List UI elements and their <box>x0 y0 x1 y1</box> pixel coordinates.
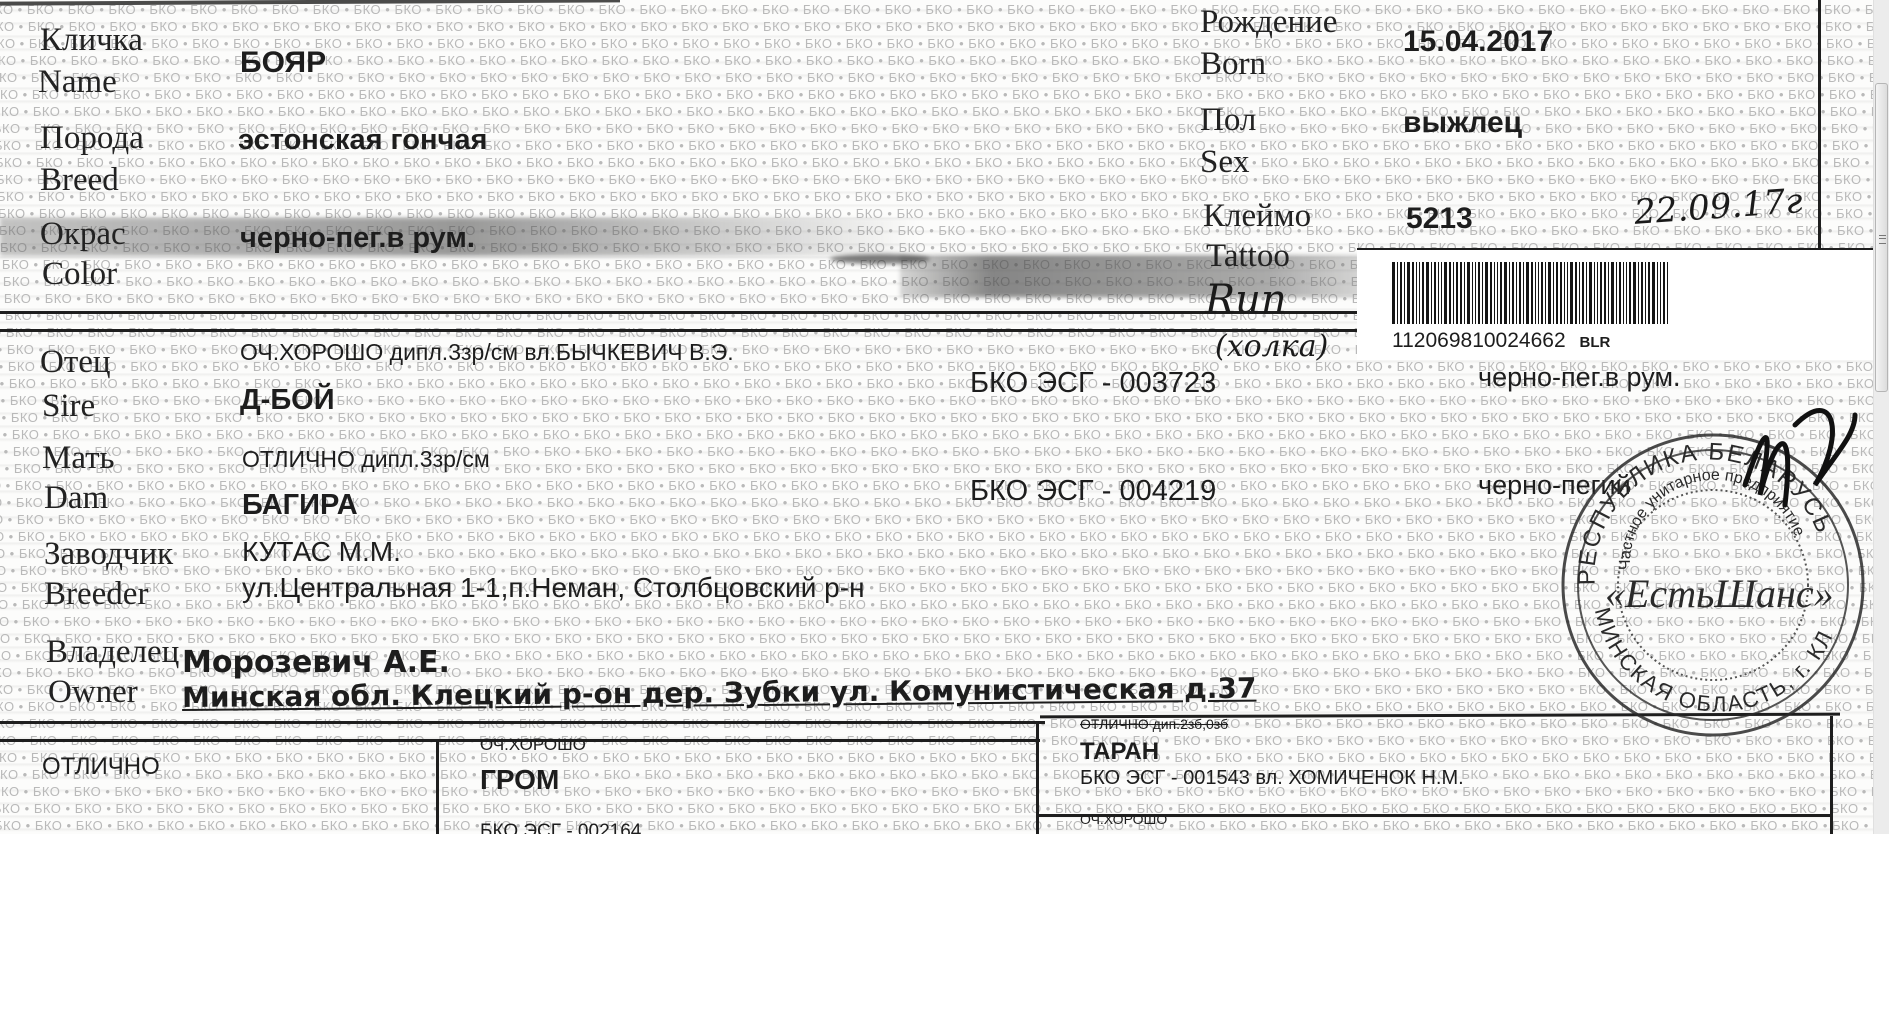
border-line <box>1818 0 1821 252</box>
barcode-digits: 112069810024662 <box>1392 329 1566 352</box>
dog-name: БОЯР <box>240 48 326 78</box>
label-name-en: Name <box>38 66 117 99</box>
handwritten-signature: Run <box>1205 280 1287 320</box>
label-tattoo-ru: Клеймо <box>1203 200 1311 233</box>
ggg-grade: ОТЛИЧНО дип.2зб,0зб <box>1080 717 1228 731</box>
label-sire-ru: Отец <box>40 346 111 379</box>
ggg-registration: БКО ЭСГ - 001543 вл. ХОМИЧЕНОК Н.М. <box>1080 768 1464 788</box>
label-breed-en: Breed <box>40 164 119 197</box>
document-top-edge <box>0 0 620 6</box>
gg-name: ГРОМ <box>480 766 559 794</box>
label-breed-ru: Порода <box>40 122 144 155</box>
section-divider <box>0 329 1360 332</box>
sire-color: черно-пег.в рум. <box>1478 364 1681 391</box>
breeder-name: КУТАС М.М. <box>242 538 401 566</box>
section-divider <box>0 311 1360 314</box>
color-value: черно-пег.в рум. <box>240 224 475 253</box>
gg-grade: ОЧ.ХОРОШО <box>480 736 586 753</box>
label-tattoo-en: Tattoo <box>1206 240 1290 273</box>
pedigree-document-scan: БКО • БКО • БКО • БКО • БКО • БКО • БКО … <box>0 0 1873 834</box>
label-dam-ru: Мать <box>42 442 115 475</box>
handwritten-date: 22.09.17г <box>1633 184 1804 230</box>
label-owner-en: Owner <box>48 676 138 709</box>
image-viewer: БКО • БКО • БКО • БКО • БКО • БКО • БКО … <box>0 0 1889 834</box>
dam-name: БАГИРА <box>242 491 358 520</box>
table-divider <box>436 740 439 834</box>
grip-icon <box>1879 235 1886 244</box>
sex-value: выжлец <box>1403 108 1522 138</box>
label-born-en: Born <box>1200 48 1266 81</box>
barcode-number: 112069810024662 BLR <box>1392 330 1610 351</box>
grandsire-grade: ОТЛИЧНО <box>42 755 160 779</box>
tattoo-value: 5213 <box>1406 204 1473 234</box>
breeder-address: ул.Центральная 1-1,п.Неман, Столбцовский… <box>242 574 865 602</box>
label-sex-ru: Пол <box>1200 104 1256 137</box>
watermark-row: БКО • БКО • БКО • БКО • БКО • БКО • БКО … <box>0 104 1873 119</box>
label-breeder-ru: Заводчик <box>44 538 173 571</box>
ggg2-grade: ОЧ.ХОРОШО <box>1080 812 1167 826</box>
watermark-row: БКО • БКО • БКО • БКО • БКО • БКО • БКО … <box>0 784 1873 799</box>
label-breeder-en: Breeder <box>44 578 148 611</box>
watermark-row: БКО • БКО • БКО • БКО • БКО • БКО • БКО … <box>0 87 1873 102</box>
born-value: 15.04.2017 <box>1403 27 1553 57</box>
scrollbar-thumb[interactable] <box>1875 83 1888 392</box>
watermark-row: БКО • БКО • БКО • БКО • БКО • БКО • БКО … <box>0 189 1873 204</box>
watermark-row: БКО • БКО • БКО • БКО • БКО • БКО • БКО … <box>0 19 1873 34</box>
label-dam-en: Dam <box>44 482 108 515</box>
label-born-ru: Рождение <box>1200 6 1337 39</box>
watermark-row: БКО • БКО • БКО • БКО • БКО • БКО • БКО … <box>0 767 1873 782</box>
label-owner-ru: Владелец <box>46 636 179 669</box>
sire-registration: БКО ЭСГ - 003723 <box>970 369 1216 398</box>
watermark-row: БКО • БКО • БКО • БКО • БКО • БКО • БКО … <box>0 172 1873 187</box>
dam-titles: ОТЛИЧНО дипл.3зр/см <box>242 448 490 471</box>
gg-registration: БКО ЭСГ - 002164 <box>480 822 641 834</box>
scan-smudge <box>900 255 1360 297</box>
label-color-en: Color <box>42 258 117 291</box>
watermark-row: БКО • БКО • БКО • БКО • БКО • БКО • БКО … <box>0 155 1873 170</box>
official-stamp: РЕСПУБЛИКА БЕЛАРУСЬ Частное унитарное пр… <box>1535 395 1873 755</box>
watermark-row: БКО • БКО • БКО • БКО • БКО • БКО • БКО … <box>0 818 1873 833</box>
barcode-country: BLR <box>1579 334 1610 351</box>
owner-name: Морозевич А.Е. <box>182 648 450 678</box>
vertical-scrollbar[interactable] <box>1873 0 1889 834</box>
breed-value: эстонская гончая <box>238 126 487 155</box>
dam-registration: БКО ЭСГ - 004219 <box>970 477 1216 506</box>
svg-text:«ЕстьШанс»: «ЕстьШанс» <box>1605 571 1834 616</box>
ggg-name: ТАРАН <box>1080 740 1159 764</box>
watermark-row: БКО • БКО • БКО • БКО • БКО • БКО • БКО … <box>0 2 1873 17</box>
sire-titles: ОЧ.ХОРОШО дипл.3зр/см вл.БЫЧКЕВИЧ В.Э. <box>240 341 734 364</box>
owner-address: Минская обл. Клецкий р-он дер. Зубки ул.… <box>182 675 1257 712</box>
label-sex-en: Sex <box>1200 146 1250 179</box>
scan-smudge <box>830 254 930 264</box>
table-border <box>0 721 1045 724</box>
label-name-ru: Кличка <box>40 24 143 57</box>
table-divider <box>1036 724 1039 834</box>
handwritten-note: (холка) <box>1215 332 1328 362</box>
label-sire-en: Sire <box>42 390 95 423</box>
barcode-icon <box>1392 262 1832 324</box>
label-color-ru: Окрас <box>40 218 126 251</box>
sire-name: Д-БОЙ <box>240 386 335 415</box>
